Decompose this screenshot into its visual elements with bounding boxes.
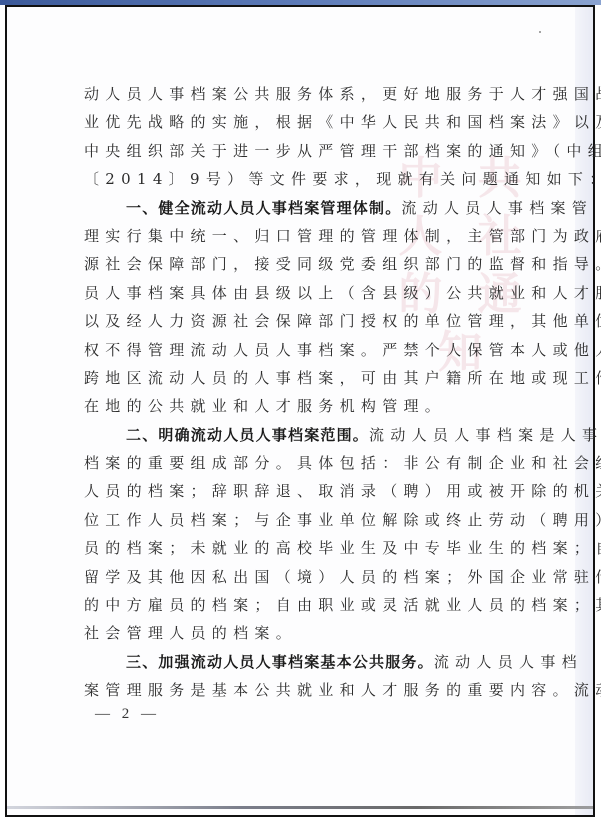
- text-line: 在地的公共就业和人才服务机构管理。: [84, 392, 524, 420]
- section-3-heading: 三、加强流动人员人事档案基本公共服务。: [126, 653, 434, 671]
- text-line: 的中方雇员的档案；自由职业或灵活就业人员的档案；其他实行: [84, 591, 524, 619]
- text-line: 留学及其他因私出国（境）人员的档案；外国企业常驻代表机构: [84, 563, 524, 591]
- text-span: 流动人员人事档案是人事: [369, 426, 601, 444]
- text-line: 源社会保障部门，接受同级党委组织部门的监督和指导。流动人: [84, 250, 524, 278]
- text-line: 社会管理人员的档案。: [84, 619, 524, 647]
- text-line: 位工作人员档案；与企事业单位解除或终止劳动（聘用）关系人: [84, 506, 524, 534]
- text-line: 权不得管理流动人员人事档案。严禁个人保管本人或他人档案。: [84, 336, 524, 364]
- text-line: 〔2014〕9号）等文件要求，现就有关问题通知如下：: [84, 165, 524, 193]
- text-line: 动人员人事档案公共服务体系，更好地服务于人才强国战略和就: [84, 80, 524, 108]
- text-line: 员人事档案具体由县级以上（含县级）公共就业和人才服务机构: [84, 279, 524, 307]
- text-line: 案管理服务是基本公共就业和人才服务的重要内容。流动人员人: [84, 676, 524, 704]
- scan-bottom-edge: [7, 806, 593, 809]
- text-line: 跨地区流动人员的人事档案，可由其户籍所在地或现工作单位所: [84, 364, 524, 392]
- text-line: 业优先战略的实施，根据《中华人民共和国档案法》以及《中共: [84, 108, 524, 136]
- section-3-first-line: 三、加强流动人员人事档案基本公共服务。流动人员人事档: [84, 648, 524, 676]
- text-line: 理实行集中统一、归口管理的管理体制，主管部门为政府人力资: [84, 222, 524, 250]
- section-1-heading: 一、健全流动人员人事档案管理体制。: [126, 199, 401, 217]
- text-span: 流动人员人事档案管: [401, 199, 593, 217]
- page-number: — 2 —: [95, 706, 160, 723]
- section-1-first-line: 一、健全流动人员人事档案管理体制。流动人员人事档案管: [84, 194, 524, 222]
- section-2-heading: 二、明确流动人员人事档案范围。: [126, 426, 369, 444]
- text-line: 以及经人力资源社会保障部门授权的单位管理，其他单位未经授: [84, 307, 524, 335]
- text-line: 档案的重要组成部分。具体包括：非公有制企业和社会组织聘用: [84, 449, 524, 477]
- text-span: 流动人员人事档: [434, 653, 583, 671]
- section-2-first-line: 二、明确流动人员人事档案范围。流动人员人事档案是人事: [84, 421, 524, 449]
- text-line: 中央组织部关于进一步从严管理干部档案的通知》（中组发: [84, 137, 524, 165]
- text-line: 人员的档案；辞职辞退、取消录（聘）用或被开除的机关事业单: [84, 477, 524, 505]
- text-line: 员的档案；未就业的高校毕业生及中专毕业生的档案；自费出国: [84, 534, 524, 562]
- scan-speck: [539, 31, 541, 33]
- document-body: 动人员人事档案公共服务体系，更好地服务于人才强国战略和就 业优先战略的实施，根据…: [84, 80, 524, 705]
